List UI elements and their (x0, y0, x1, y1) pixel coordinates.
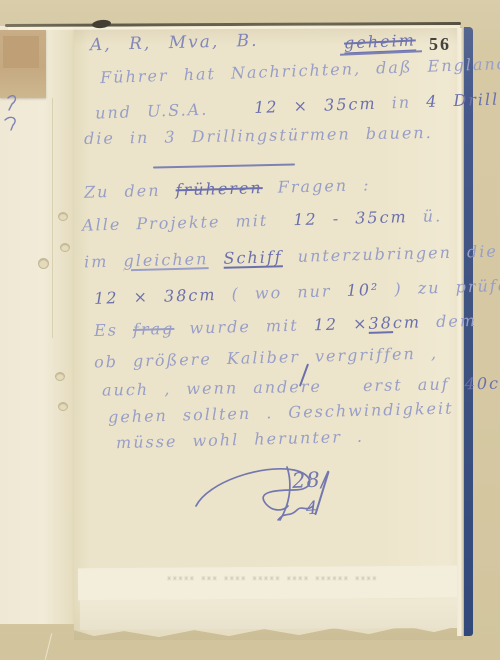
page-bottom-band (80, 598, 457, 630)
sheet-seam (52, 98, 53, 338)
line-segment: Fragen : (278, 175, 371, 196)
typewritten-bleed-through: xxxxx xxx xxxx xxxxx xxxx xxxxxx xxxx (167, 575, 453, 582)
punch-hole (55, 372, 65, 381)
date-day-4: 4 (305, 498, 318, 520)
line-segment: wurde mit (189, 316, 299, 338)
line-segment: ) zu prüfen. (394, 275, 500, 298)
tape-remnant-dark (3, 36, 39, 68)
struck-word: früheren (175, 178, 263, 199)
calibre-12-35: 12 - 35cm (293, 207, 408, 229)
punch-hole (60, 243, 70, 252)
tape-remnant (0, 30, 46, 98)
punch-hole (58, 402, 68, 411)
cancelled-geheim-stamp: geheim (344, 30, 417, 52)
page-number: 56 (429, 34, 451, 55)
line-segment: und U.S.A. (95, 100, 209, 123)
underlined-word: Schiff (223, 247, 283, 268)
punch-hole (38, 258, 49, 269)
line-segment: erst auf (363, 375, 450, 396)
punch-hole (58, 212, 68, 221)
line-segment: Es (94, 320, 118, 340)
line-segment: in (391, 93, 411, 113)
line-segment: Zu den (84, 181, 161, 202)
underlined-38: 38 (368, 313, 393, 333)
struck-word: frag (133, 319, 175, 339)
stray-ink-marks (2, 90, 32, 134)
line-segment: ( wo nur (231, 281, 332, 303)
line-segment: 12 × (313, 314, 368, 334)
calibre-40cm: 40cm (465, 373, 500, 393)
line-segment: dem (436, 311, 477, 331)
line-segment: 10² (346, 280, 379, 300)
calibre-12x38: 12 × 38cm (94, 285, 217, 308)
scanned-archive-page: xxxxx xxx xxxx xxxxx xxxx xxxxxx xxxx 56… (0, 0, 500, 660)
underlined-word: gleichen (123, 249, 208, 270)
page-stack-edge (457, 28, 464, 636)
line-segment: im (84, 252, 109, 272)
line-segment: cm (393, 312, 422, 332)
line-segment: auch , wenn andere (102, 377, 322, 400)
binding-thread (45, 633, 53, 659)
line-segment: 4 Drillgs- (426, 88, 500, 111)
line-segment: ü. (423, 206, 443, 226)
glued-strip (78, 566, 458, 602)
book-cover-edge (464, 27, 473, 636)
